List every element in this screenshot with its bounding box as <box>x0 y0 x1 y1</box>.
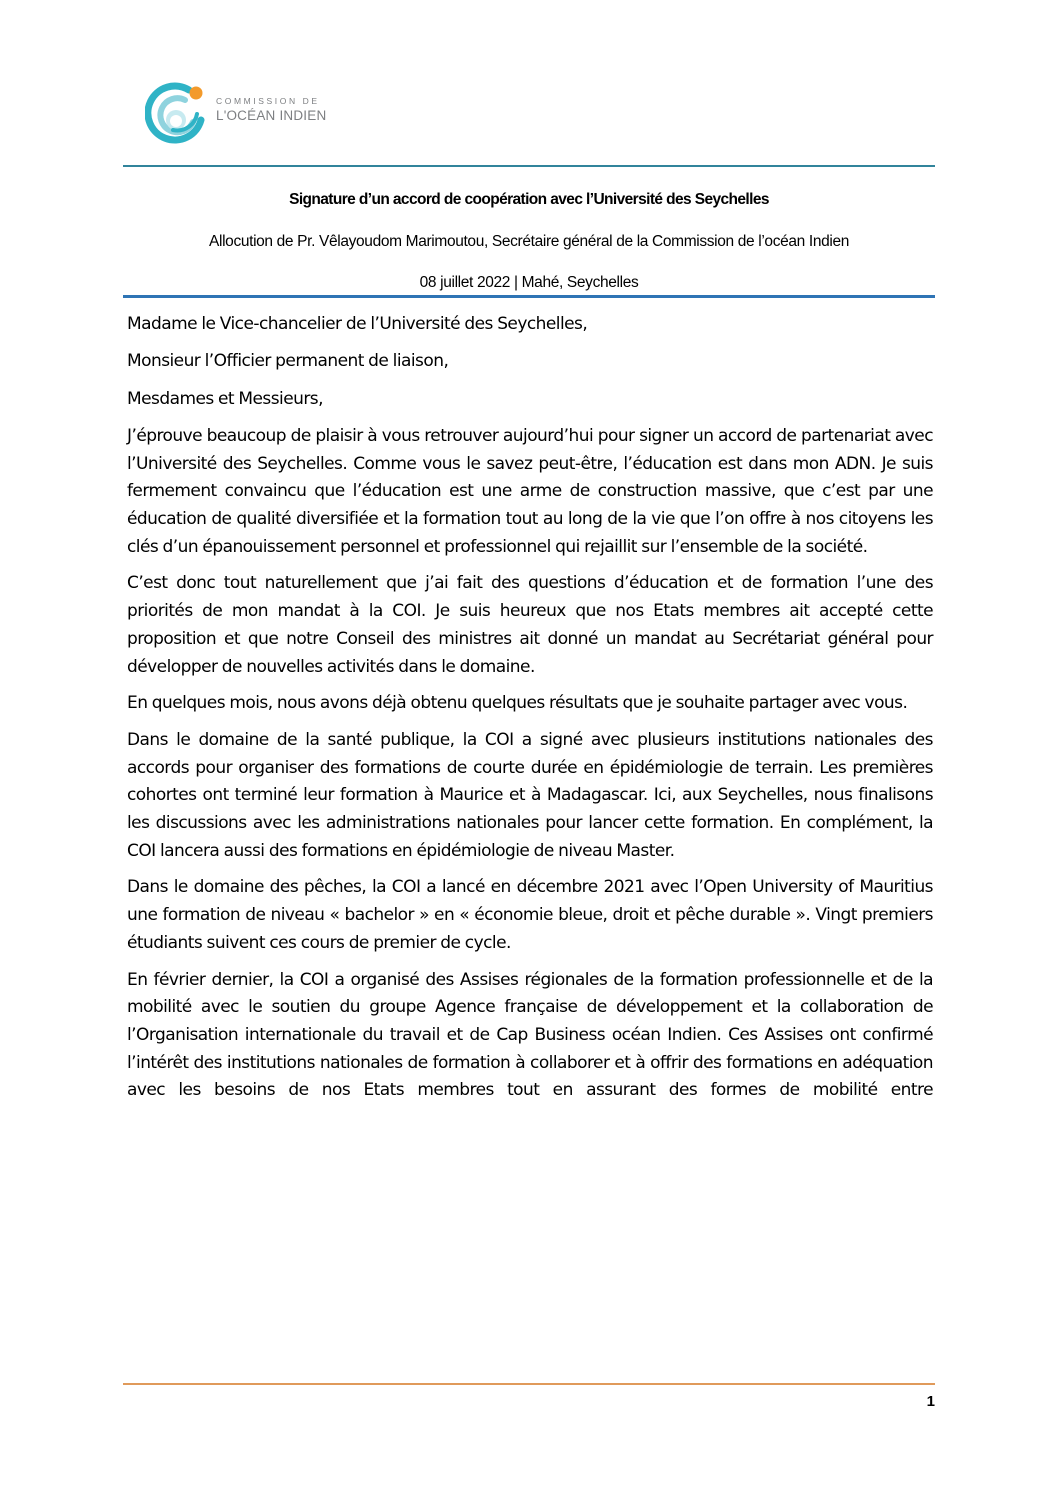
speech-body: Madame le Vice-chancelier de l’Universit… <box>127 311 933 1114</box>
salutation: Monsieur l’Officier permanent de liaison… <box>127 348 933 376</box>
document-date-place: 08 juillet 2022 | Mahé, Seychelles <box>123 274 935 292</box>
paragraph: Dans le domaine de la santé publique, la… <box>127 727 933 866</box>
paragraph: C’est donc tout naturellement que j’ai f… <box>127 570 933 681</box>
paragraph: En quelques mois, nous avons déjà obtenu… <box>127 690 933 718</box>
top-divider <box>123 165 935 167</box>
logo-line-1: COMMISSION DE <box>216 97 326 106</box>
salutation: Madame le Vice-chancelier de l’Universit… <box>127 311 933 339</box>
document-subtitle: Allocution de Pr. Vêlayoudom Marimoutou,… <box>123 233 935 251</box>
paragraph: Dans le domaine des pêches, la COI a lan… <box>127 874 933 957</box>
header-divider <box>123 295 935 298</box>
logo-line-2: L'OCÉAN INDIEN <box>216 109 326 123</box>
salutation: Mesdames et Messieurs, <box>127 386 933 414</box>
page-number: 1 <box>927 1393 935 1410</box>
coi-swirl-logo-icon <box>145 80 209 144</box>
footer-divider <box>123 1383 935 1385</box>
logo-wordmark: COMMISSION DE L'OCÉAN INDIEN <box>216 97 326 122</box>
organization-logo: COMMISSION DE L'OCÉAN INDIEN <box>145 80 345 144</box>
document-title: Signature d’un accord de coopération ave… <box>123 191 935 209</box>
paragraph: J’éprouve beaucoup de plaisir à vous ret… <box>127 423 933 562</box>
paragraph: En février dernier, la COI a organisé de… <box>127 967 933 1106</box>
